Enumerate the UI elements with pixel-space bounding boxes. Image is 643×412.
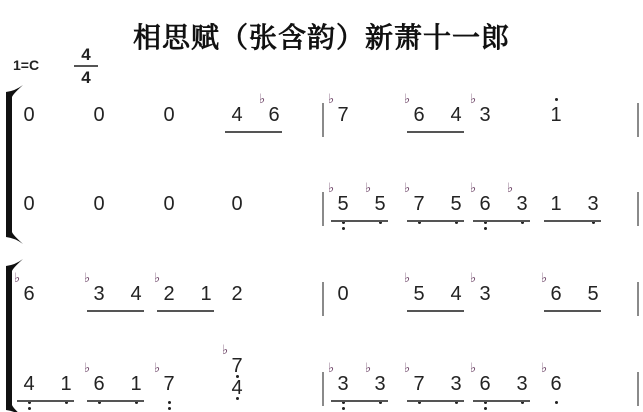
- barline: [637, 103, 639, 137]
- eighth-underline: [407, 310, 464, 312]
- flat-icon: ♭: [541, 363, 547, 375]
- flat-icon: ♭: [365, 363, 371, 375]
- octave-dots-below: [336, 221, 350, 230]
- note: ♭6: [92, 373, 106, 395]
- note-digit: 5: [412, 283, 426, 305]
- note: ♭6: [549, 283, 563, 305]
- note: ♭7: [230, 355, 244, 377]
- note: ♭3: [515, 193, 529, 215]
- note: 0: [92, 104, 106, 126]
- note: 4: [230, 377, 244, 399]
- note-digit: 1: [199, 283, 213, 305]
- note-digit: 1: [59, 373, 73, 395]
- staff-row: 0000♭5♭5♭75♭6♭313: [0, 193, 643, 235]
- note-digit: 6: [22, 283, 36, 305]
- flat-icon: ♭: [328, 183, 334, 195]
- octave-dot: [342, 227, 345, 230]
- note-digit: 0: [162, 104, 176, 126]
- note: ♭3: [373, 373, 387, 395]
- eighth-underline: [331, 220, 388, 222]
- note-digit: 7: [162, 373, 176, 395]
- eighth-underline: [407, 400, 464, 402]
- note-digit: 7: [412, 373, 426, 395]
- note-digit: 4: [449, 283, 463, 305]
- note-digit: 4: [230, 104, 244, 126]
- flat-icon: ♭: [470, 183, 476, 195]
- note: ♭3: [478, 104, 492, 126]
- note-digit: 3: [449, 373, 463, 395]
- note: 0: [22, 104, 36, 126]
- note-digit: 5: [449, 193, 463, 215]
- note-digit: 4: [22, 373, 36, 395]
- note-digit: 0: [22, 193, 36, 215]
- note-digit: 3: [373, 373, 387, 395]
- note: ♭6: [478, 373, 492, 395]
- eighth-underline: [407, 131, 464, 133]
- note: 1: [549, 104, 563, 126]
- note-digit: 3: [515, 373, 529, 395]
- octave-dot: [555, 98, 558, 101]
- octave-dot: [484, 227, 487, 230]
- note: ♭7: [162, 373, 176, 395]
- eighth-underline: [17, 400, 74, 402]
- note-digit: 2: [230, 283, 244, 305]
- octave-dot: [342, 407, 345, 410]
- note: ♭3: [92, 283, 106, 305]
- note-digit: 0: [162, 193, 176, 215]
- note: ♭3: [336, 373, 350, 395]
- note-digit: 3: [92, 283, 106, 305]
- flat-icon: ♭: [259, 94, 265, 106]
- flat-icon: ♭: [470, 273, 476, 285]
- note-digit: 3: [478, 283, 492, 305]
- note: 4: [449, 104, 463, 126]
- note-digit: 1: [549, 104, 563, 126]
- key-signature: 1=C: [13, 57, 39, 73]
- note-digit: 6: [92, 373, 106, 395]
- note-digit: 6: [549, 283, 563, 305]
- note: 0: [230, 193, 244, 215]
- note: ♭3: [478, 283, 492, 305]
- flat-icon: ♭: [365, 183, 371, 195]
- octave-dot-above: [549, 98, 563, 101]
- note: ♭6: [22, 283, 36, 305]
- note-digit: 1: [549, 193, 563, 215]
- note-digit: 4: [449, 104, 463, 126]
- octave-dot: [168, 401, 171, 404]
- octave-dots-below: [162, 401, 176, 410]
- note-digit: 3: [515, 193, 529, 215]
- note: ♭2: [162, 283, 176, 305]
- note-digit: 0: [92, 104, 106, 126]
- note: 0: [92, 193, 106, 215]
- flat-icon: ♭: [470, 363, 476, 375]
- note: 2: [230, 283, 244, 305]
- note: ♭7: [336, 104, 350, 126]
- note: ♭6: [267, 104, 281, 126]
- note-digit: 3: [336, 373, 350, 395]
- octave-dot: [484, 407, 487, 410]
- time-signature-denominator: 4: [74, 67, 98, 88]
- octave-dots-below: [230, 397, 244, 400]
- note-digit: 0: [336, 283, 350, 305]
- note-digit: 5: [373, 193, 387, 215]
- note-digit: 4: [230, 377, 244, 399]
- barline: [322, 192, 324, 226]
- note-digit: 7: [230, 355, 244, 377]
- note: 3: [515, 373, 529, 395]
- note: 0: [22, 193, 36, 215]
- note-digit: 7: [412, 193, 426, 215]
- flat-icon: ♭: [154, 363, 160, 375]
- note: 4: [22, 373, 36, 395]
- eighth-underline: [331, 400, 388, 402]
- note-digit: 5: [586, 283, 600, 305]
- note-digit: 6: [549, 373, 563, 395]
- barline: [637, 192, 639, 226]
- eighth-underline: [544, 220, 601, 222]
- flat-icon: ♭: [507, 183, 513, 195]
- barline: [322, 282, 324, 316]
- flat-icon: ♭: [222, 345, 228, 357]
- flat-icon: ♭: [470, 94, 476, 106]
- note: ♭5: [373, 193, 387, 215]
- flat-icon: ♭: [154, 273, 160, 285]
- note-digit: 6: [478, 373, 492, 395]
- note-digit: 0: [230, 193, 244, 215]
- note-digit: 1: [129, 373, 143, 395]
- note: 4: [230, 104, 244, 126]
- note: 3: [586, 193, 600, 215]
- flat-icon: ♭: [14, 273, 20, 285]
- octave-dots-below: [22, 401, 36, 410]
- note: ♭7: [412, 373, 426, 395]
- note-digit: 6: [412, 104, 426, 126]
- staff-row: 41♭61♭7♭74♭3♭3♭73♭63♭6: [0, 373, 643, 412]
- barline: [637, 282, 639, 316]
- flat-icon: ♭: [541, 273, 547, 285]
- flat-icon: ♭: [84, 363, 90, 375]
- flat-icon: ♭: [404, 183, 410, 195]
- eighth-underline: [473, 220, 530, 222]
- time-signature: 4 4: [74, 45, 98, 88]
- flat-icon: ♭: [84, 273, 90, 285]
- note-digit: 5: [336, 193, 350, 215]
- octave-dots-below: [549, 401, 563, 404]
- note: 5: [449, 193, 463, 215]
- note-digit: 2: [162, 283, 176, 305]
- octave-dots-below: [478, 401, 492, 410]
- octave-dots-below: [478, 221, 492, 230]
- note: ♭7: [412, 193, 426, 215]
- eighth-underline: [407, 220, 464, 222]
- note: 4: [449, 283, 463, 305]
- note: ♭5: [336, 193, 350, 215]
- note: 0: [162, 193, 176, 215]
- octave-dot: [236, 397, 239, 400]
- octave-dot: [168, 407, 171, 410]
- note: 1: [129, 373, 143, 395]
- note: 3: [449, 373, 463, 395]
- note: 5: [586, 283, 600, 305]
- note-digit: 0: [22, 104, 36, 126]
- flat-icon: ♭: [328, 94, 334, 106]
- note: ♭6: [478, 193, 492, 215]
- barline: [322, 103, 324, 137]
- barline: [637, 372, 639, 406]
- flat-icon: ♭: [328, 363, 334, 375]
- note: ♭5: [412, 283, 426, 305]
- octave-dots-below: [336, 401, 350, 410]
- eighth-underline: [157, 310, 214, 312]
- eighth-underline: [544, 310, 601, 312]
- octave-dot: [28, 407, 31, 410]
- eighth-underline: [225, 131, 282, 133]
- note-digit: 6: [478, 193, 492, 215]
- octave-dot: [555, 401, 558, 404]
- eighth-underline: [87, 310, 144, 312]
- note: 0: [162, 104, 176, 126]
- flat-icon: ♭: [404, 273, 410, 285]
- time-signature-numerator: 4: [74, 45, 98, 67]
- flat-icon: ♭: [404, 94, 410, 106]
- note-digit: 3: [586, 193, 600, 215]
- flat-icon: ♭: [404, 363, 410, 375]
- sheet-music-page: 相思赋（张含韵）新萧十一郎 1=C 4 4 0004♭6♭7♭64♭310000…: [0, 0, 643, 412]
- note: 1: [59, 373, 73, 395]
- eighth-underline: [87, 400, 144, 402]
- note-digit: 3: [478, 104, 492, 126]
- note-digit: 6: [267, 104, 281, 126]
- note-digit: 0: [92, 193, 106, 215]
- note: 0: [336, 283, 350, 305]
- note-digit: 7: [336, 104, 350, 126]
- staff-row: ♭6♭34♭2120♭54♭3♭65: [0, 283, 643, 325]
- note: ♭6: [412, 104, 426, 126]
- note: 1: [199, 283, 213, 305]
- note: ♭6: [549, 373, 563, 395]
- note-digit: 4: [129, 283, 143, 305]
- barline: [322, 372, 324, 406]
- note: 1: [549, 193, 563, 215]
- eighth-underline: [473, 400, 530, 402]
- note: 4: [129, 283, 143, 305]
- staff-row: 0004♭6♭7♭64♭31: [0, 104, 643, 146]
